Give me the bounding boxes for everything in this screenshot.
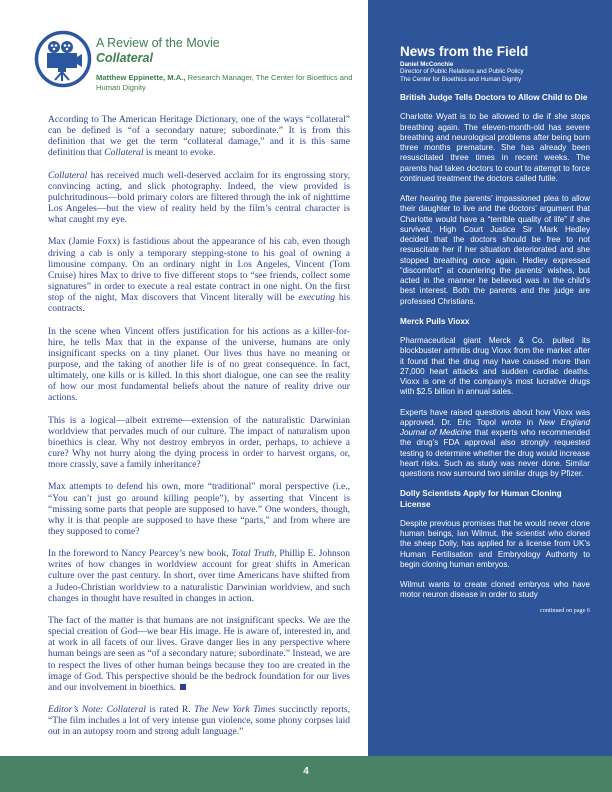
review-body: According to The American Heritage Dicti… [48, 114, 350, 749]
paragraph-4: In the scene when Vincent offers justifi… [48, 326, 350, 404]
review-title-block: A Review of the Movie Collateral Matthew… [96, 36, 371, 92]
paragraph-2: Collateral has received much well-deserv… [48, 170, 350, 226]
paragraph-7: In the foreword to Nancy Pearcey’s new b… [48, 548, 350, 604]
page-number: 4 [0, 766, 612, 777]
story-paragraph: Pharmaceutical giant Merck & Co. pulled … [400, 336, 590, 398]
newsletter-page: A Review of the Movie Collateral Matthew… [0, 0, 612, 792]
author-name: Matthew Eppinette, M.A., [96, 73, 185, 82]
review-byline: Matthew Eppinette, M.A., Research Manage… [96, 73, 371, 92]
page-footer: 4 [0, 756, 612, 792]
story-headline-judge: British Judge Tells Doctors to Allow Chi… [400, 93, 590, 103]
news-from-the-field-sidebar: News from the Field Daniel McConchie Dir… [368, 0, 612, 756]
sidebar-content: News from the Field Daniel McConchie Dir… [400, 44, 590, 614]
sidebar-author-title: Director of Public Relations and Public … [400, 68, 590, 75]
story-headline-vioxx: Merck Pulls Vioxx [400, 317, 590, 327]
paragraph-8: The fact of the matter is that humans ar… [48, 615, 350, 693]
sidebar-author-org: The Center for Bioethics and Human Digni… [400, 76, 590, 83]
sidebar-author-name: Daniel McConchie [400, 61, 590, 68]
paragraph-5: This is a logical—albeit extreme—extensi… [48, 415, 350, 471]
story-headline-cloning: Dolly Scientists Apply for Human Cloning… [400, 489, 590, 509]
review-title: A Review of the Movie [96, 36, 371, 51]
story-paragraph: Despite previous promises that he would … [400, 519, 590, 570]
story-paragraph: Experts have raised questions about how … [400, 408, 590, 480]
end-of-article-square-icon [180, 684, 186, 690]
paragraph-6: Max attempts to defend his own, more “tr… [48, 481, 350, 537]
movie-review-column: A Review of the Movie Collateral Matthew… [0, 0, 368, 756]
review-header: A Review of the Movie Collateral Matthew… [34, 30, 364, 100]
sidebar-title: News from the Field [400, 44, 590, 60]
paragraph-3: Max (Jamie Foxx) is fastidious about the… [48, 236, 350, 314]
paragraph-1: According to The American Heritage Dicti… [48, 114, 350, 159]
editors-note: Editor’s Note: Collateral is rated R. Th… [48, 704, 350, 737]
film-camera-icon [34, 30, 92, 88]
story-paragraph: Wilmut wants to create cloned embryos wh… [400, 580, 590, 601]
movie-title: Collateral [96, 51, 371, 66]
sidebar-author-block: Daniel McConchie Director of Public Rela… [400, 61, 590, 83]
story-paragraph: After hearing the parents’ impassioned p… [400, 194, 590, 307]
story-paragraph: Charlotte Wyatt is to be allowed to die … [400, 112, 590, 184]
continued-on-page-link[interactable]: continued on page 6 [400, 607, 590, 614]
